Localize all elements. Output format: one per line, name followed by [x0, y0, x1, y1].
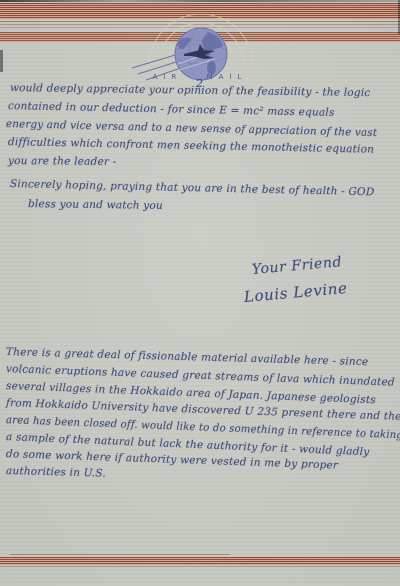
- letter-line: you are the leader -: [8, 155, 116, 168]
- letter-line: energy and vice versa and to a new sense…: [6, 118, 377, 139]
- scan-edge: [0, 0, 400, 2]
- letter-line: difficulties which confront men seeking …: [8, 136, 374, 156]
- letter-line: bless you and watch you: [28, 198, 163, 212]
- scan-edge: [0, 50, 3, 72]
- signature-closing: Your Friend: [251, 254, 342, 278]
- bottom-hairline: [10, 554, 230, 555]
- airmail-letter-page: AIR MAIL 2 would deeply appreciate your …: [0, 0, 400, 586]
- letter-line: contained in our deduction - for since E…: [8, 100, 335, 119]
- postscript-line: authorities in U.S.: [6, 465, 106, 480]
- letter-line: would deeply appreciate your opinion of …: [10, 82, 371, 99]
- bottom-hairline: [0, 566, 400, 567]
- signature-name: Louis Levine: [243, 279, 348, 306]
- bottom-stripe-band: [0, 557, 400, 565]
- letter-line: Sincerely hoping, praying that you are i…: [10, 178, 375, 198]
